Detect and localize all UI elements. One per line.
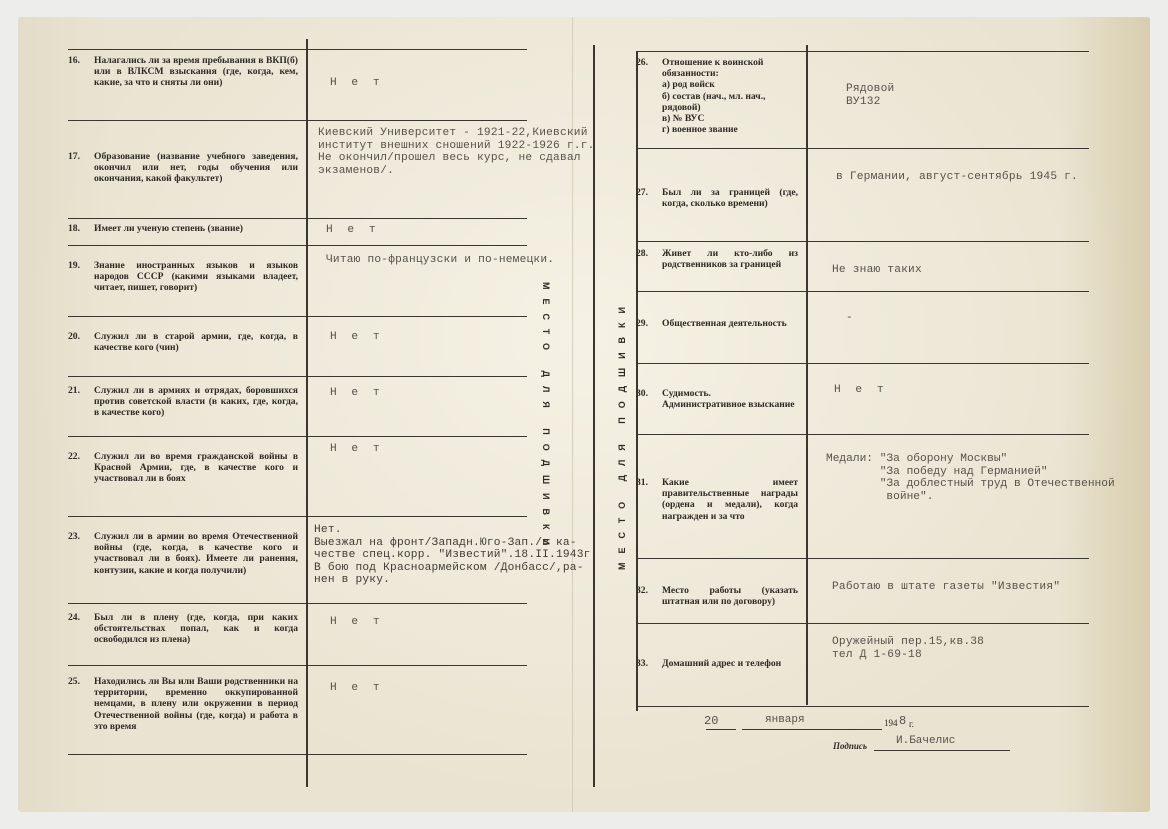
question-number: 17.: [68, 151, 80, 162]
question-number: 20.: [68, 331, 80, 342]
form-row-28: 28.Живет ли кто-либо из родственников за…: [636, 242, 1089, 292]
question-text: Служил ли в армиях и отрядах, боровшихся…: [80, 385, 298, 419]
question-text: Какие имеет правительственные награды (о…: [648, 477, 798, 522]
answer-text: Н е т: [330, 331, 384, 376]
question-text: Отношение к воинской обязанности: а) род…: [648, 57, 798, 135]
question-number: 29.: [636, 318, 648, 329]
question-number: 32.: [636, 585, 648, 596]
form-row-17: 17.Образование (название учебного заведе…: [68, 121, 527, 219]
question-text: Служил ли в старой армии, где, когда, в …: [80, 331, 298, 353]
question-text: Служил ли во время гражданской войны в К…: [80, 451, 298, 485]
answer-text: Нет. Выезжал на фронт/Западн.Юго-Зап./в …: [314, 524, 597, 603]
question-number: 28.: [636, 248, 648, 259]
question-number: 22.: [68, 451, 80, 462]
form-row-31: 31.Какие имеет правительственные награды…: [636, 435, 1089, 559]
answer-text: Медали: "За оборону Москвы" "За победу н…: [826, 453, 1115, 558]
question-number: 18.: [68, 223, 80, 234]
date-day: 20: [704, 714, 718, 728]
form-row-32: 32.Место работы (указать штатная или по …: [636, 559, 1089, 624]
year-unit: г.: [909, 719, 914, 729]
answer-text: Н е т: [330, 387, 384, 436]
question-text: Знание иностранных языков и языков народ…: [80, 260, 298, 294]
binding-margin-label-left: МЕСТО ДЛЯ ПОДШИВКИ: [541, 282, 551, 554]
answer-text: Н е т: [326, 224, 380, 245]
binding-margin-label-right: МЕСТО ДЛЯ ПОДШИВКИ: [617, 298, 627, 570]
answer-text: Работаю в штате газеты "Известия": [832, 581, 1060, 623]
question-text: Живет ли кто-либо из родственников за гр…: [648, 248, 798, 270]
answer-text: Оружейный пер.15,кв.38 тел Д 1-69-18: [832, 636, 984, 706]
question-text: Служил ли в армии во время Отечественной…: [80, 531, 298, 576]
question-text: Место работы (указать штатная или по дог…: [648, 585, 798, 607]
question-text: Образование (название учебного заведения…: [80, 151, 298, 185]
answer-text: Н е т: [834, 384, 888, 434]
signature: И.Бачелис: [896, 735, 955, 747]
answer-text: Читаю по-французски и по-немецки.: [326, 254, 554, 316]
form-row-24: 24.Был ли в плену (где, когда, при каких…: [68, 604, 527, 666]
form-row-27: 27.Был ли за границей (где, когда, сколь…: [636, 149, 1089, 242]
form-row-19: 19.Знание иностранных языков и языков на…: [68, 246, 527, 317]
question-text: Был ли за границей (где, когда, сколько …: [648, 187, 798, 209]
signature-underline: [874, 750, 1010, 751]
question-text: Был ли в плену (где, когда, при каких об…: [80, 612, 298, 646]
form-row-33: 33.Домашний адрес и телефон Оружейный пе…: [636, 624, 1089, 707]
answer-text: Н е т: [330, 682, 384, 754]
question-number: 24.: [68, 612, 80, 623]
signature-label: Подпись: [833, 741, 867, 751]
answer-text: Н е т: [330, 616, 384, 665]
question-number: 25.: [68, 676, 80, 687]
question-number: 31.: [636, 477, 648, 488]
form-row-29: 29.Общественная деятельность -: [636, 292, 1089, 364]
form-row-25: 25.Находились ли Вы или Ваши родственник…: [68, 666, 527, 755]
question-text: Судимость. Административное взыскание: [648, 388, 798, 410]
date-month: января: [765, 714, 805, 726]
question-number: 16.: [68, 55, 80, 66]
question-text: Имеет ли ученую степень (звание): [80, 223, 298, 234]
form-row-26: 26.Отношение к воинской обязанности: а) …: [636, 51, 1089, 149]
question-text: Находились ли Вы или Ваши родственники н…: [80, 676, 298, 732]
answer-text: Н е т: [330, 77, 384, 120]
question-number: 23.: [68, 531, 80, 542]
question-number: 19.: [68, 260, 80, 271]
left-page: 16.Налагались ли за время пребывания в В…: [68, 49, 527, 755]
question-number: 33.: [636, 658, 648, 669]
question-number: 30.: [636, 388, 648, 399]
answer-text: -: [846, 312, 853, 363]
question-number: 21.: [68, 385, 80, 396]
answer-text: Н е т: [330, 443, 384, 516]
year-prefix: 194: [884, 718, 898, 728]
year-suffix: 8: [899, 714, 906, 728]
question-number: 26.: [636, 57, 648, 68]
answer-text: Не знаю таких: [832, 264, 922, 291]
form-row-16: 16.Налагались ли за время пребывания в В…: [68, 49, 527, 121]
answer-text: Киевский Университет - 1921-22,Киевский …: [318, 127, 595, 218]
form-row-20: 20.Служил ли в старой армии, где, когда,…: [68, 317, 527, 377]
month-underline: [742, 729, 882, 730]
day-underline: [706, 729, 736, 730]
form-row-21: 21.Служил ли в армиях и отрядах, боровши…: [68, 377, 527, 437]
question-text: Общественная деятельность: [648, 318, 798, 329]
question-number: 27.: [636, 187, 648, 198]
form-row-22: 22.Служил ли во время гражданской войны …: [68, 437, 527, 517]
question-text: Налагались ли за время пребывания в ВКП(…: [80, 55, 298, 89]
question-text: Домашний адрес и телефон: [648, 658, 798, 669]
answer-text: Рядовой ВУ132: [846, 83, 894, 148]
answer-text: в Германии, август-сентябрь 1945 г.: [836, 171, 1078, 241]
right-page: 26.Отношение к воинской обязанности: а) …: [636, 51, 1089, 707]
form-row-30: 30.Судимость. Административное взыскание…: [636, 364, 1089, 435]
form-row-23: 23.Служил ли в армии во время Отечествен…: [68, 517, 527, 604]
form-row-18: 18.Имеет ли ученую степень (звание) Н е …: [68, 219, 527, 246]
